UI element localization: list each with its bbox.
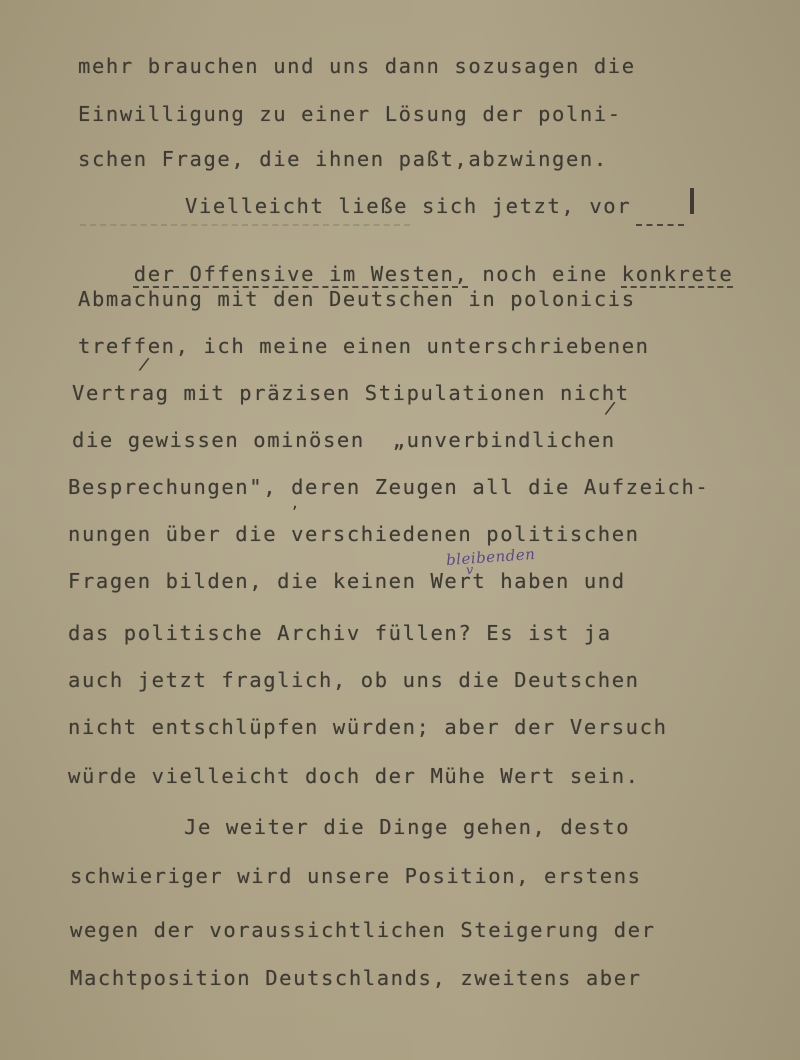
- text-line-15: nicht entschlüpfen würden; aber der Vers…: [68, 717, 668, 738]
- text-line-19: wegen der voraussichtlichen Steigerung d…: [70, 920, 656, 941]
- text-line-3: schen Frage, die ihnen paßt,abzwingen.: [78, 149, 608, 170]
- text-line-4-paragraph-start: Vielleicht ließe sich jetzt, vor: [185, 196, 631, 217]
- handwritten-strike-mark: [690, 188, 694, 214]
- faint-underline-trace: [80, 224, 410, 228]
- handwritten-insert-bleibenden: bleibenden: [445, 545, 535, 569]
- text-line-8: Vertrag mit präzisen Stipulationen nicht: [72, 383, 630, 404]
- text-line-10: Besprechungen", deren Zeugen all die Auf…: [68, 477, 709, 498]
- text-segment: noch eine: [468, 262, 621, 286]
- text-line-6: Abmachung mit den Deutschen in polonicis: [78, 289, 636, 310]
- underline-vor: [636, 224, 684, 228]
- document-page: mehr brauchen und uns dann sozusagen die…: [0, 0, 800, 1060]
- underlined-phrase-offensive: der Offensive im Westen,: [134, 262, 469, 286]
- text-line-7: treffen, ich meine einen unterschriebene…: [78, 336, 650, 357]
- text-line-20: Machtposition Deutschlands, zweitens abe…: [70, 968, 642, 989]
- text-line-16: würde vielleicht doch der Mühe Wert sein…: [68, 766, 640, 787]
- text-line-1: mehr brauchen und uns dann sozusagen die: [78, 56, 636, 77]
- text-line-18: schwieriger wird unsere Position, ersten…: [70, 866, 642, 887]
- text-line-17-paragraph-start: Je weiter die Dinge gehen, desto: [184, 817, 630, 838]
- text-line-11: nungen über die verschiedenen politische…: [68, 524, 640, 545]
- text-line-2: Einwilligung zu einer Lösung der polni-: [78, 104, 622, 125]
- text-line-13: das politische Archiv füllen? Es ist ja: [68, 623, 612, 644]
- text-line-14: auch jetzt fraglich, ob uns die Deutsche…: [68, 670, 640, 691]
- handwritten-comma-mark-3: ,: [292, 492, 298, 513]
- text-line-12: Fragen bilden, die keinen Wert haben und: [68, 571, 626, 592]
- handwritten-insert-caret: v: [465, 563, 474, 579]
- underlined-word-konkrete: konkrete: [622, 262, 734, 286]
- text-line-9: die gewissen ominösen „unverbindlichen: [72, 430, 616, 451]
